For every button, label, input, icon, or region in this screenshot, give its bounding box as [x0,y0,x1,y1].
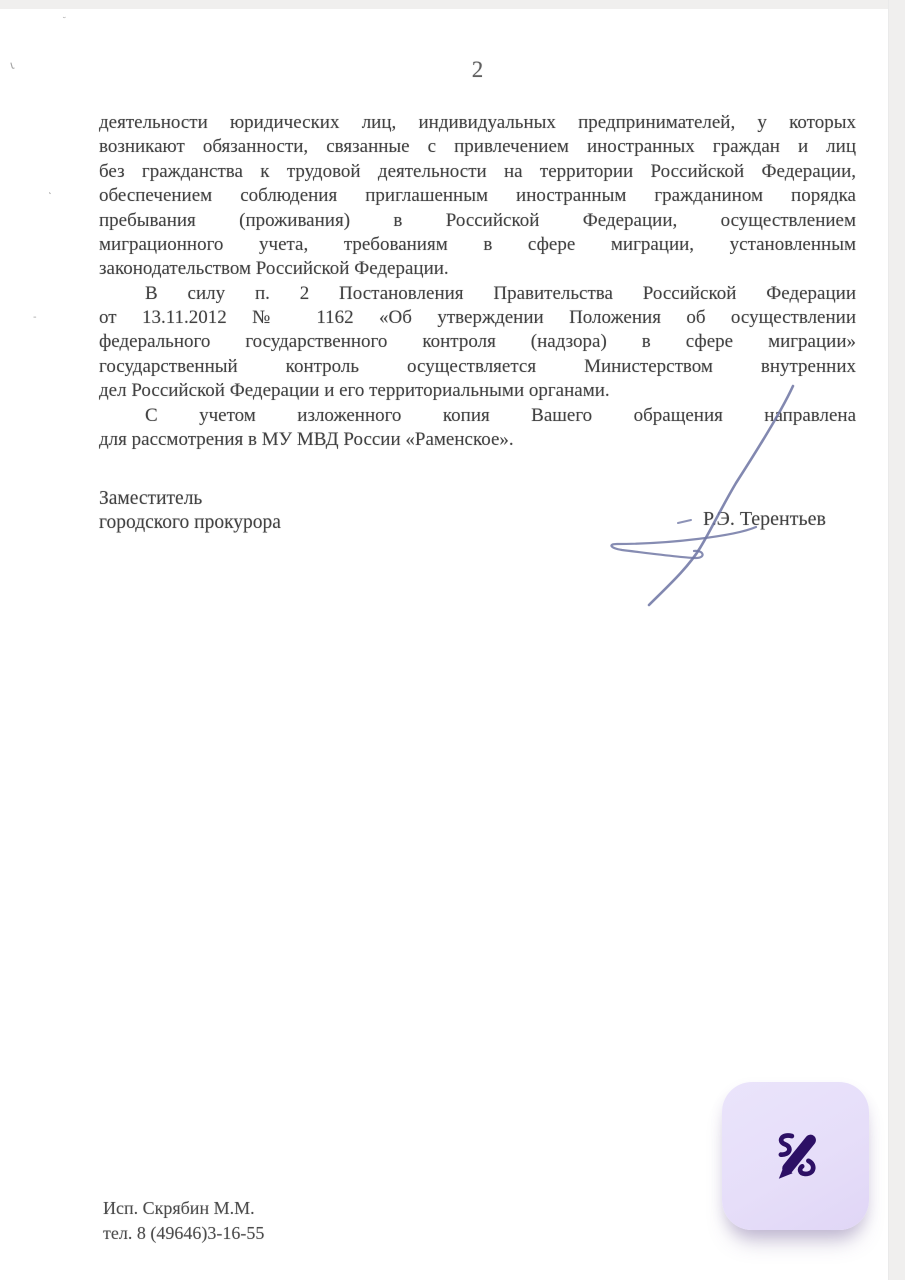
scan-right-edge [888,0,905,1280]
scan-speck: ͺ [43,180,53,195]
text-line: В силу п. 2 Постановления Правительства … [99,282,856,306]
text-line: пребывания (проживания) в Российской Фед… [99,209,856,233]
scan-speck: ˘ [62,17,67,27]
sign-pen-icon [763,1123,829,1189]
document-footer: Исп. Скрябин М.М. тел. 8 (49646)3-16-55 [103,1196,264,1245]
scan-speck: ι [8,58,16,73]
signer-name: Р.Э. Терентьев [703,508,826,531]
page-number: 2 [99,57,856,83]
text-line: деятельности юридических лиц, индивидуал… [99,111,856,135]
signer-title-line2: городского прокурора [99,511,281,535]
text-line: дел Российской Федерации и его территори… [99,379,856,403]
text-line: обеспечением соблюдения приглашенным ино… [99,184,856,208]
scan-speck: - [33,312,37,323]
text-line: миграционного учета, требованиям в сфере… [99,233,856,257]
text-line: для рассмотрения в МУ МВД России «Раменс… [99,428,856,452]
pen-body [787,1140,810,1168]
squiggle-left [780,1136,791,1155]
text-line: от 13.11.2012 № 1162 «Об утверждении Пол… [99,306,856,330]
sign-button[interactable] [722,1082,869,1230]
text-line: законодательством Российской Федерации. [99,257,856,281]
text-line: С учетом изложенного копия Вашего обраще… [99,404,856,428]
signature-stroke-flourish [611,527,756,558]
document-body: деятельности юридических лиц, индивидуал… [99,111,856,452]
scanned-letter-page-2: ι ˘ ͺ - 2 деятельности юридических лиц, … [0,0,905,1280]
text-line: федерального государственного контроля (… [99,330,856,354]
text-line: государственный контроль осуществляется … [99,355,856,379]
signer-title: Заместитель городского прокурора [99,487,281,534]
signature-stroke-tick [678,520,691,523]
text-line: без гражданства к трудовой деятельности … [99,160,856,184]
squiggle-right [800,1161,813,1174]
phone-line: тел. 8 (49646)3-16-55 [103,1221,264,1246]
text-line: возникают обязанности, связанные с привл… [99,135,856,159]
signer-title-line1: Заместитель [99,487,281,511]
executor-line: Исп. Скрябин М.М. [103,1196,264,1221]
